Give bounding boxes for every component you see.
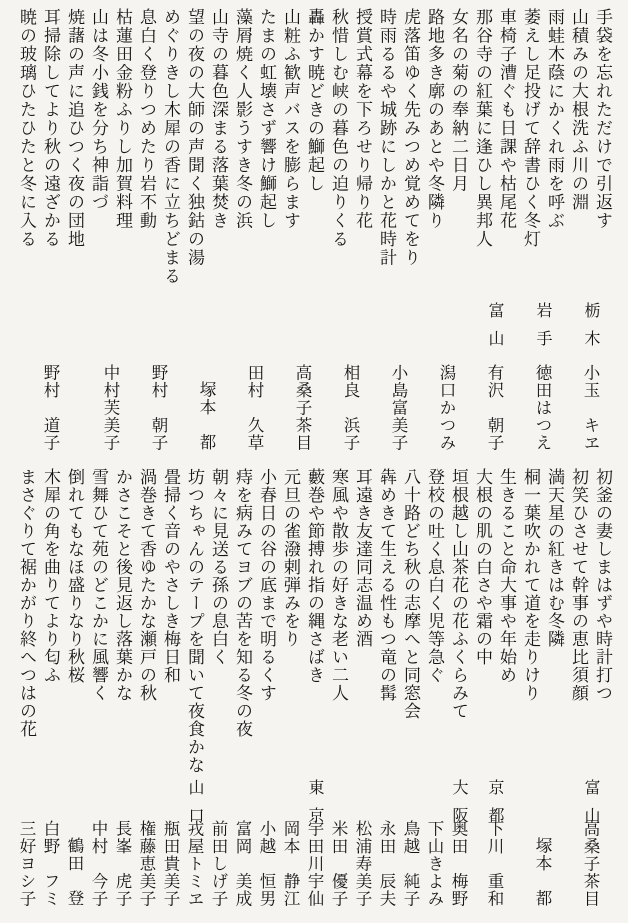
author-name: 鳥越 純子	[400, 820, 420, 908]
author-column: 小越 恒男	[256, 779, 276, 907]
poem-column: 小春日の谷の底まで明るくす	[256, 468, 276, 702]
poem-column: 藪巻や節搏れ指の縄さばき	[304, 468, 324, 684]
poem-column: かさこそと後見返し落葉かな	[112, 468, 132, 702]
author-column: 山口戎屋トミヱ	[184, 779, 204, 907]
author-column: 松浦寿美子	[352, 779, 372, 907]
author-name: 三好ヨシ子	[16, 820, 36, 908]
author-name: 下川 重和	[484, 820, 504, 908]
author-column: 権藤恵美子	[136, 779, 156, 907]
author-column: 中村 今子	[88, 779, 108, 907]
author-name: 富岡 美成	[232, 820, 252, 908]
author-name: 戎屋トミヱ	[184, 820, 204, 908]
author-name: 高桑子茶目	[580, 820, 600, 908]
author-column: 鳥越 純子	[400, 779, 420, 907]
poem-column: 坊つちゃんのテープを聞いて夜食かな	[184, 468, 204, 774]
poem-column: 木犀の角を曲りてより匂ふ	[40, 468, 60, 684]
author-column: 三好ヨシ子	[16, 779, 36, 907]
poem-column: 生きること命大事や年始め	[496, 468, 516, 684]
author-column: 下山きよみ	[424, 779, 444, 907]
author-name: 奥田 梅野	[448, 820, 468, 908]
author-column: 前田しげ子	[208, 779, 228, 907]
author-column: 塚本 都	[532, 779, 552, 907]
poem-column: 犇めきて生える性もつ竜の髯	[376, 468, 396, 702]
author-column: 白野 フミ	[40, 779, 60, 907]
poem-column: 垣根越し山茶花の花ふくらみて	[448, 468, 468, 720]
poem-column: 雪舞ひて苑のどこかに風響く	[88, 468, 108, 702]
author-name: 米田 優子	[328, 820, 348, 908]
author-column: 大阪奥田 梅野	[448, 779, 468, 907]
poem-column: 満天星の紅きはむ冬隣	[544, 468, 564, 648]
author-name: 宇田川宇仙	[304, 820, 324, 908]
poem-column: 桐一葉吹かれて道を走りけり	[520, 468, 540, 702]
author-name: 岡本 静江	[280, 820, 300, 908]
poem-column: 八十路どち秋の志摩へと同窓会	[400, 468, 420, 720]
haiku-page: 手袋を忘れただけで引返す山積みの大根洗ふ川の淵栃木小玉 キヱ雨蛙木蔭にかくれ雨を…	[0, 0, 628, 923]
author-column: 富岡 美成	[232, 779, 252, 907]
author-name: 小越 恒男	[256, 820, 276, 908]
author-name: 下山きよみ	[424, 820, 444, 908]
author-column: 長峯 虎子	[112, 779, 132, 907]
author-name: 松浦寿美子	[352, 820, 372, 908]
poem-column: 登校の吐く息白く児等急ぐ	[424, 468, 444, 684]
author-name: 中村 今子	[88, 820, 108, 908]
author-column: 京都下川 重和	[484, 779, 504, 907]
author-name: 長峯 虎子	[112, 820, 132, 908]
poem-column: 朝々に見送る孫の息白く	[208, 468, 228, 666]
poem-column: 初釜の妻しまはずや時計打つ	[592, 468, 612, 702]
poem-column: 倒れてもなほ盛りなり秋桜	[64, 468, 84, 684]
poem-column: 大根の肌の白さや霜の中	[472, 468, 492, 666]
author-column: 瓶田貴美子	[160, 779, 180, 907]
poem-column: 元旦の雀潑剌弾みをり	[280, 468, 300, 648]
poem-column: 畳掃く音のやさしき梅日和	[160, 468, 180, 684]
author-column: 永田 辰夫	[376, 779, 396, 907]
author-name: 鶴田 登	[64, 837, 84, 907]
author-column: 富山高桑子茶目	[580, 779, 600, 907]
author-name: 瓶田貴美子	[160, 820, 180, 908]
poem-column: 初笑ひさせて幹事の恵比須顔	[568, 468, 588, 702]
section-bottom: 初釜の妻しまはずや時計打つ初笑ひさせて幹事の恵比須顔富山高桑子茶目満天星の紅きは…	[0, 0, 628, 923]
author-name: 前田しげ子	[208, 820, 228, 908]
poem-column: まさぐりて裾かがり終へつはの花	[16, 468, 36, 738]
author-name: 白野 フミ	[40, 820, 60, 908]
poem-column: 渦巻きて香ゆたかな瀬戸の秋	[136, 468, 156, 702]
author-name: 権藤恵美子	[136, 820, 156, 908]
author-column: 米田 優子	[328, 779, 348, 907]
author-name: 永田 辰夫	[376, 820, 396, 908]
author-name: 塚本 都	[532, 837, 552, 907]
author-column: 岡本 静江	[280, 779, 300, 907]
poem-column: 寒風や散歩の好きな老い二人	[328, 468, 348, 702]
poem-column: 耳遠き友達同志温め酒	[352, 468, 372, 648]
poem-column: 痔を病みてヨブの苦を知る冬の夜	[232, 468, 252, 738]
author-column: 鶴田 登	[64, 779, 84, 907]
author-column: 東京宇田川宇仙	[304, 779, 324, 907]
